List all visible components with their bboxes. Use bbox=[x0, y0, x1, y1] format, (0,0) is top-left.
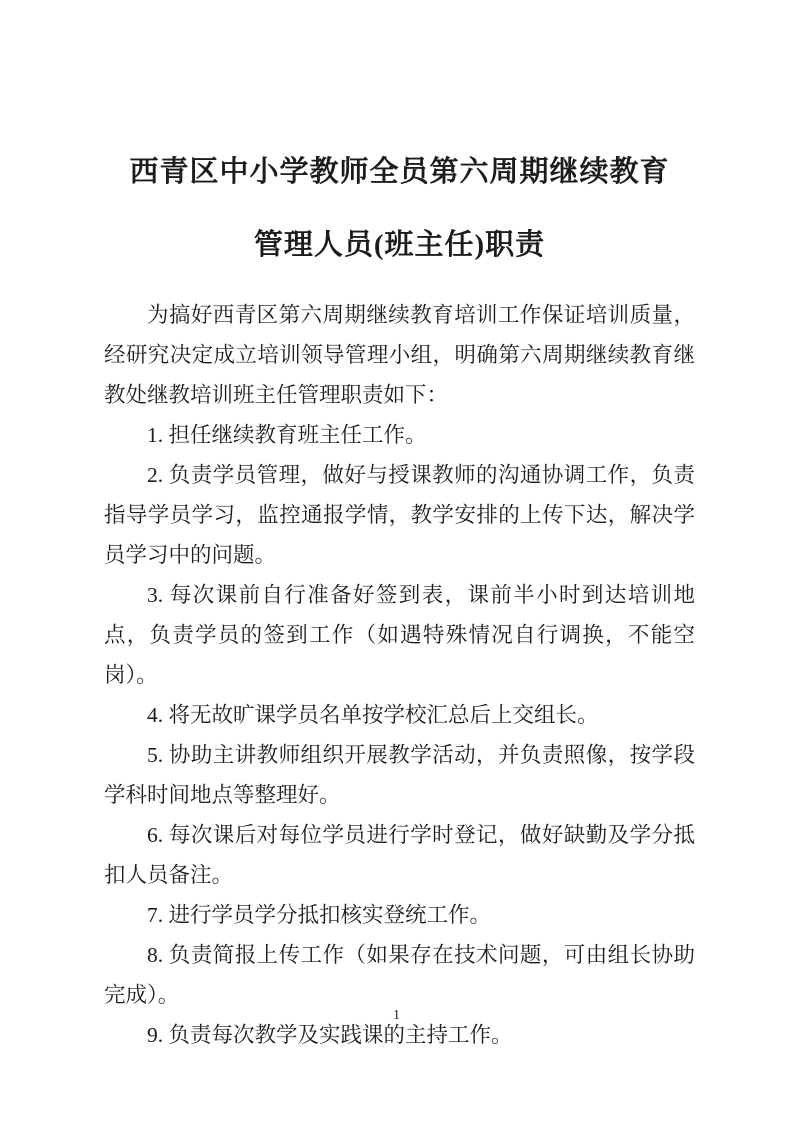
duty-item-2: 2. 负责学员管理，做好与授课教师的沟通协调工作，负责指导学员学习，监控通报学情… bbox=[104, 455, 695, 575]
duty-item-7: 7. 进行学员学分抵扣核实登统工作。 bbox=[104, 895, 695, 935]
document-title: 西青区中小学教师全员第六周期继续教育 管理人员(班主任)职责 bbox=[104, 152, 695, 265]
document-body: 为搞好西青区第六周期继续教育培训工作保证培训质量，经研究决定成立培训领导管理小组… bbox=[104, 295, 695, 1055]
duty-item-1: 1. 担任继续教育班主任工作。 bbox=[104, 415, 695, 455]
document-page: 西青区中小学教师全员第六周期继续教育 管理人员(班主任)职责 为搞好西青区第六周… bbox=[0, 0, 793, 1122]
document-title-line-2: 管理人员(班主任)职责 bbox=[104, 225, 695, 265]
duty-item-4: 4. 将无故旷课学员名单按学校汇总后上交组长。 bbox=[104, 695, 695, 735]
intro-paragraph: 为搞好西青区第六周期继续教育培训工作保证培训质量，经研究决定成立培训领导管理小组… bbox=[104, 295, 695, 415]
document-content: 西青区中小学教师全员第六周期继续教育 管理人员(班主任)职责 为搞好西青区第六周… bbox=[104, 0, 695, 1055]
duty-item-6: 6. 每次课后对每位学员进行学时登记，做好缺勤及学分抵扣人员备注。 bbox=[104, 815, 695, 895]
duty-item-3: 3. 每次课前自行准备好签到表，课前半小时到达培训地点，负责学员的签到工作（如遇… bbox=[104, 575, 695, 695]
page-number: 1 bbox=[0, 1006, 793, 1026]
duty-item-8: 8. 负责简报上传工作（如果存在技术问题，可由组长协助完成）。 bbox=[104, 935, 695, 1015]
duty-item-5: 5. 协助主讲教师组织开展教学活动，并负责照像，按学段学科时间地点等整理好。 bbox=[104, 735, 695, 815]
document-title-line-1: 西青区中小学教师全员第六周期继续教育 bbox=[104, 152, 695, 192]
